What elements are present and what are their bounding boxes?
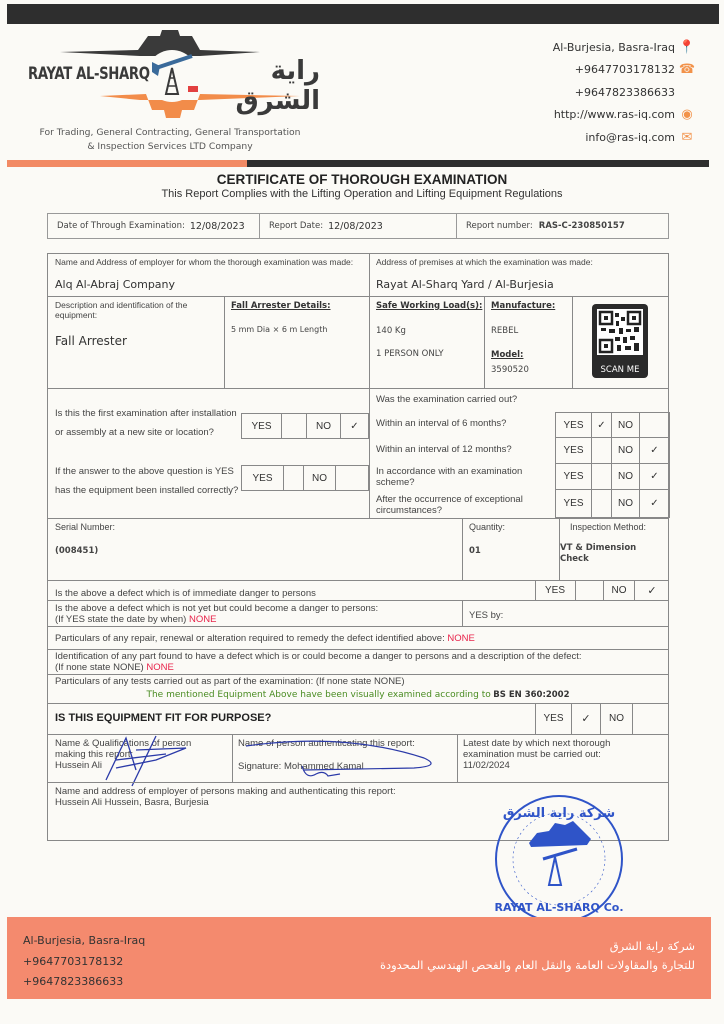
carried-out-scheme: In accordance with an examination scheme… bbox=[376, 466, 556, 488]
footer-bar: Al-Burjesia, Basra-Iraq +9647703178132 +… bbox=[7, 917, 711, 999]
installed-correctly-question: If the answer to the above question is Y… bbox=[55, 462, 245, 500]
no-checkbox[interactable] bbox=[336, 466, 368, 490]
contact-address-text: Al-Burjesia, Basra-Iraq bbox=[553, 41, 675, 54]
separator-dark bbox=[247, 160, 709, 167]
installed-correctly-answer: YES NO bbox=[241, 465, 369, 491]
swl-label: Safe Working Load(s): bbox=[376, 301, 482, 311]
no-label: NO bbox=[601, 703, 633, 734]
yes-checkbox[interactable] bbox=[576, 580, 604, 600]
report-date-label: Report Date: bbox=[269, 221, 323, 231]
contact-phone-1[interactable]: +9647703178132☎ bbox=[553, 59, 694, 82]
telephone-icon: ☎ bbox=[680, 63, 694, 77]
serial-label: Serial Number: bbox=[55, 522, 115, 532]
details-value: 5 mm Dia × 6 m Length bbox=[231, 325, 327, 334]
contact-block: Al-Burjesia, Basra-Iraq📍 +9647703178132☎… bbox=[553, 36, 694, 149]
yes-checkbox[interactable] bbox=[284, 466, 304, 490]
footer-phone-2[interactable]: +9647823386633 bbox=[23, 972, 145, 993]
tests-label: Particulars of any tests carried out as … bbox=[55, 676, 405, 687]
report-number-cell: Report number: RAS-C-230850157 bbox=[457, 214, 668, 238]
divider bbox=[48, 782, 668, 783]
contact-phone-2[interactable]: +9647823386633 bbox=[553, 81, 694, 104]
inspection-method-value: VT & Dimension Check bbox=[560, 543, 652, 565]
inspection-method-label: Inspection Method: bbox=[570, 522, 646, 532]
no-checkbox[interactable]: ✓ bbox=[640, 438, 669, 463]
divider bbox=[48, 518, 668, 519]
employer-value: Alq Al-Abraj Company bbox=[55, 278, 175, 291]
future-danger-question: Is the above a defect which is not yet b… bbox=[55, 603, 378, 625]
tests-result-text: The mentioned Equipment Above have been … bbox=[146, 690, 490, 700]
report-date-value: 12/08/2023 bbox=[328, 221, 383, 232]
quantity-label: Quantity: bbox=[469, 522, 505, 532]
carried-out-6-months: Within an interval of 6 months? bbox=[376, 414, 506, 433]
divider bbox=[484, 296, 485, 388]
yes-label: YES bbox=[242, 414, 282, 438]
contact-address: Al-Burjesia, Basra-Iraq📍 bbox=[553, 36, 694, 59]
manufacture-label: Manufacture: bbox=[491, 301, 555, 311]
divider bbox=[462, 600, 463, 626]
yes-label: YES bbox=[556, 464, 592, 489]
yes-label: YES bbox=[556, 413, 592, 437]
six-months-answer: YES ✓ NO bbox=[555, 412, 670, 438]
divider bbox=[48, 296, 668, 297]
contact-phone-2-text[interactable]: +9647823386633 bbox=[575, 86, 675, 99]
next-exam-date: 11/02/2024 bbox=[463, 760, 610, 771]
footer-arabic-name: شركة راية الشرق للتجارة والمقاولات العام… bbox=[380, 937, 695, 975]
fit-for-purpose-answer: YES ✓ NO bbox=[535, 703, 669, 734]
yes-checkbox[interactable] bbox=[592, 490, 612, 517]
swl-note: 1 PERSON ONLY bbox=[376, 349, 444, 359]
details-label: Fall Arrester Details: bbox=[231, 301, 331, 311]
divider bbox=[232, 734, 233, 782]
fit-for-purpose-label: IS THIS EQUIPMENT FIT FOR PURPOSE? bbox=[55, 712, 271, 724]
carried-out-exceptional: After the occurrence of exceptional circ… bbox=[376, 494, 556, 516]
footer-phone-1[interactable]: +9647703178132 bbox=[23, 952, 145, 973]
report-number-value: RAS-C-230850157 bbox=[539, 221, 625, 231]
location-pin-icon: 📍 bbox=[680, 40, 694, 54]
divider bbox=[48, 388, 668, 389]
no-checkbox[interactable] bbox=[640, 413, 669, 437]
divider bbox=[572, 296, 573, 388]
twelve-months-answer: YES NO ✓ bbox=[555, 438, 670, 464]
yes-label: YES bbox=[556, 438, 592, 463]
scheme-answer: YES NO ✓ bbox=[555, 464, 670, 490]
yes-checkbox[interactable] bbox=[592, 464, 612, 489]
equipment-desc-label: Description and identification of the eq… bbox=[55, 300, 220, 320]
no-checkbox[interactable]: ✓ bbox=[640, 464, 669, 489]
logo-text-arabic: راية الشرق bbox=[208, 56, 320, 116]
immediate-danger-answer: YES NO ✓ bbox=[535, 580, 669, 600]
equipment-desc-value: Fall Arrester bbox=[55, 334, 127, 348]
tagline-line-1: For Trading, General Contracting, Genera… bbox=[26, 126, 314, 140]
carried-out-label: Was the examination carried out? bbox=[376, 390, 517, 409]
model-label: Model: bbox=[491, 350, 523, 360]
no-label: NO bbox=[612, 490, 640, 517]
stamp-english-text: RAYAT AL-SHARQ Co. bbox=[494, 901, 623, 914]
repair-row: Particulars of any repair, renewal or al… bbox=[55, 629, 475, 648]
report-date-cell: Report Date: 12/08/2023 bbox=[260, 214, 457, 238]
tests-result: The mentioned Equipment Above have been … bbox=[48, 689, 668, 700]
maker-signature-icon bbox=[96, 730, 206, 790]
premises-label: Address of premises at which the examina… bbox=[376, 257, 593, 267]
no-label: NO bbox=[612, 413, 640, 437]
first-exam-question: Is this the first examination after inst… bbox=[55, 404, 239, 442]
serial-value: (008451) bbox=[55, 546, 98, 556]
defective-part-line-2: (If none state NONE) NONE bbox=[55, 662, 582, 673]
employer-of-persons-value: Hussein Ali Hussein, Basra, Burjesia bbox=[55, 797, 396, 808]
divider bbox=[48, 674, 668, 675]
footer-contact: Al-Burjesia, Basra-Iraq +9647703178132 +… bbox=[23, 931, 145, 993]
divider bbox=[48, 626, 668, 627]
exam-date-value: 12/08/2023 bbox=[190, 221, 245, 232]
footer-arabic-line-2: للتجارة والمقاولات العامة والنقل العام و… bbox=[380, 956, 695, 975]
divider bbox=[48, 649, 668, 650]
employer-label: Name and Address of employer for whom th… bbox=[55, 257, 365, 267]
certificate-subtitle: This Report Complies with the Lifting Op… bbox=[0, 188, 724, 200]
future-danger-value: NONE bbox=[189, 614, 216, 625]
future-danger-hint: (If YES state the date by when) bbox=[55, 614, 186, 625]
employer-of-persons: Name and address of employer of persons … bbox=[55, 786, 396, 808]
exceptional-answer: YES NO ✓ bbox=[555, 490, 670, 518]
scan-me-label: SCAN ME bbox=[592, 365, 648, 375]
exam-date-cell: Date of Through Examination: 12/08/2023 bbox=[48, 214, 260, 238]
yes-label: YES bbox=[242, 466, 284, 490]
next-exam-label-1: Latest date by which next thorough bbox=[463, 738, 610, 749]
footer-arabic-line-1: شركة راية الشرق bbox=[380, 937, 695, 956]
no-checkbox[interactable]: ✓ bbox=[635, 580, 669, 600]
divider bbox=[224, 296, 225, 388]
employer-of-persons-label: Name and address of employer of persons … bbox=[55, 786, 396, 797]
no-label: NO bbox=[304, 466, 336, 490]
contact-website-link[interactable]: http://www.ras-iq.com bbox=[554, 108, 675, 121]
no-label: NO bbox=[604, 580, 635, 600]
globe-icon: ◉ bbox=[680, 108, 694, 122]
premises-value: Rayat Al-Sharq Yard / Al-Burjesia bbox=[376, 278, 554, 291]
future-danger-label-2: (If YES state the date by when) NONE bbox=[55, 614, 378, 625]
model-value: 3590520 bbox=[491, 365, 529, 375]
no-label: NO bbox=[612, 438, 640, 463]
company-stamp-icon: شركة راية الشرق RAYAT AL-SHARQ Co. bbox=[493, 793, 625, 925]
tests-standard: BS EN 360:2002 bbox=[493, 690, 569, 700]
yes-checkbox[interactable]: ✓ bbox=[592, 413, 612, 437]
company-tagline: For Trading, General Contracting, Genera… bbox=[26, 126, 314, 154]
company-logo: RAYAT AL-SHARQ راية الشرق bbox=[20, 30, 320, 120]
contact-phone-1-text[interactable]: +9647703178132 bbox=[575, 63, 675, 76]
quantity-value: 01 bbox=[469, 546, 481, 556]
exam-date-label: Date of Through Examination: bbox=[57, 221, 185, 231]
next-exam-label-2: examination must be carried out: bbox=[463, 749, 610, 760]
yes-label: YES bbox=[556, 490, 592, 517]
yes-by-label: YES by: bbox=[469, 606, 503, 625]
logo-text-english: RAYAT AL-SHARQ bbox=[28, 64, 150, 84]
defective-part-value: NONE bbox=[146, 662, 173, 673]
certificate-title: CERTIFICATE OF THOROUGH EXAMINATION bbox=[0, 172, 724, 187]
header-top-bar bbox=[7, 4, 719, 24]
carried-out-12-months: Within an interval of 12 months? bbox=[376, 440, 512, 459]
divider bbox=[462, 518, 463, 580]
yes-label: YES bbox=[535, 580, 576, 600]
divider bbox=[369, 254, 370, 388]
report-info-box: Date of Through Examination: 12/08/2023 … bbox=[47, 213, 669, 239]
no-checkbox[interactable]: ✓ bbox=[640, 490, 669, 517]
repair-value: NONE bbox=[447, 633, 474, 644]
yes-checkbox[interactable] bbox=[282, 414, 307, 438]
tagline-line-2: & Inspection Services LTD Company bbox=[26, 140, 314, 154]
yes-checkbox[interactable] bbox=[592, 438, 612, 463]
authenticator-signature-icon bbox=[244, 736, 444, 786]
first-exam-answer: YES NO ✓ bbox=[241, 413, 369, 439]
examination-table: Name and Address of employer for whom th… bbox=[47, 253, 669, 841]
defective-part-label: Identification of any part found to have… bbox=[55, 651, 582, 662]
envelope-icon: ✉ bbox=[680, 130, 694, 144]
divider bbox=[457, 734, 458, 782]
next-exam: Latest date by which next thorough exami… bbox=[463, 738, 610, 771]
contact-email[interactable]: info@ras-iq.com✉ bbox=[553, 126, 694, 149]
divider bbox=[48, 600, 668, 601]
yes-label: YES bbox=[536, 703, 572, 734]
no-checkbox[interactable] bbox=[633, 703, 669, 734]
defective-part-row: Identification of any part found to have… bbox=[55, 651, 582, 673]
future-danger-label: Is the above a defect which is not yet b… bbox=[55, 603, 378, 614]
separator-orange bbox=[7, 160, 247, 167]
swl-value: 140 Kg bbox=[376, 326, 406, 336]
qr-code[interactable]: SCAN ME bbox=[592, 304, 648, 378]
contact-website[interactable]: http://www.ras-iq.com◉ bbox=[553, 104, 694, 127]
stamp-arabic-text: شركة راية الشرق bbox=[503, 806, 615, 821]
report-number-label: Report number: bbox=[466, 221, 533, 231]
yes-checkbox[interactable]: ✓ bbox=[572, 703, 601, 734]
repair-label: Particulars of any repair, renewal or al… bbox=[55, 633, 445, 644]
contact-email-link[interactable]: info@ras-iq.com bbox=[585, 131, 675, 144]
no-label: NO bbox=[612, 464, 640, 489]
divider bbox=[369, 388, 370, 518]
qr-code-icon bbox=[597, 309, 643, 355]
defective-part-hint: (If none state NONE) bbox=[55, 662, 144, 673]
manufacture-value: REBEL bbox=[491, 326, 518, 336]
no-checkbox[interactable]: ✓ bbox=[341, 414, 368, 438]
no-label: NO bbox=[307, 414, 341, 438]
footer-address: Al-Burjesia, Basra-Iraq bbox=[23, 931, 145, 952]
